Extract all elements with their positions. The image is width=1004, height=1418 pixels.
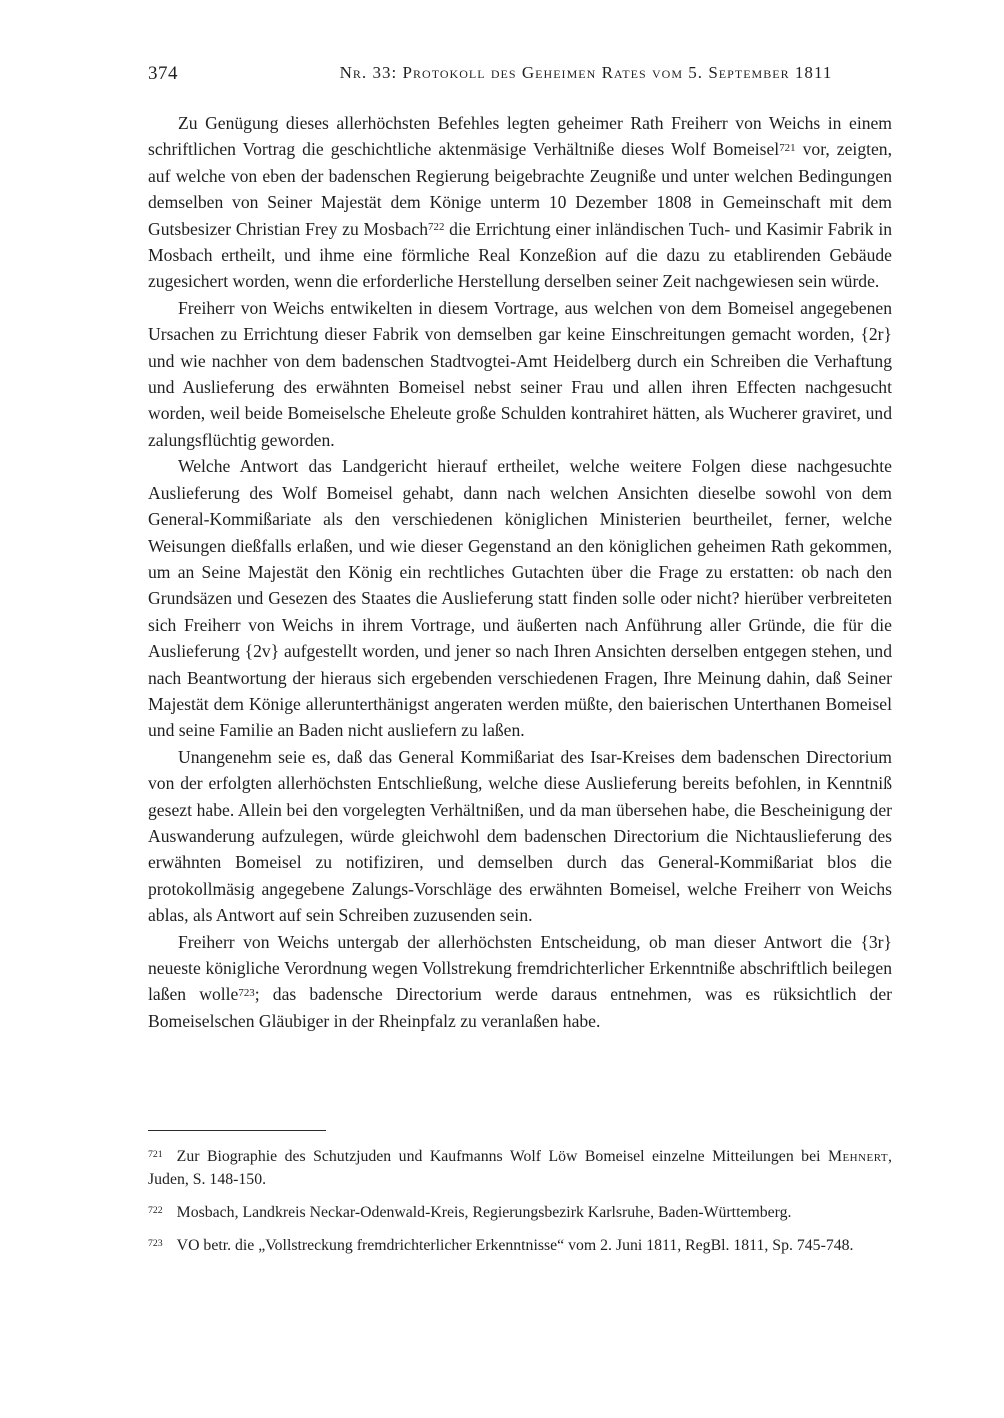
- footnote-ref: 722: [428, 221, 444, 233]
- page-number: 374: [148, 63, 178, 85]
- footnote-number: 722: [148, 1205, 163, 1216]
- footnote-item: 721Zur Biographie des Schutzjuden und Ka…: [148, 1145, 892, 1191]
- paragraph: Welche Antwort das Landgericht hierauf e…: [148, 453, 892, 743]
- paragraph: Freiherr von Weichs untergab der allerhö…: [148, 929, 892, 1035]
- footnote-section: 721Zur Biographie des Schutzjuden und Ka…: [148, 1130, 892, 1267]
- footnote-number: 721: [148, 1149, 163, 1160]
- footnote-ref: 721: [779, 142, 795, 154]
- footnote-ref: 723: [238, 987, 254, 999]
- footnote-separator: [148, 1130, 326, 1131]
- smallcaps-name: Mehnert: [828, 1148, 888, 1165]
- footnote-item: 723VO betr. die „Vollstreckung fremdrich…: [148, 1234, 892, 1257]
- paragraph: Zu Genügung dieses allerhöchsten Befehle…: [148, 110, 892, 295]
- footnote-number: 723: [148, 1238, 163, 1249]
- body-text: Zu Genügung dieses allerhöchsten Befehle…: [148, 110, 892, 1034]
- paragraph: Freiherr von Weichs entwikelten in diese…: [148, 295, 892, 453]
- book-page: 374 Nr. 33: Protokoll des Geheimen Rates…: [0, 0, 1004, 1418]
- footnote-list: 721Zur Biographie des Schutzjuden und Ka…: [148, 1145, 892, 1257]
- footnote-item: 722Mosbach, Landkreis Neckar-Odenwald-Kr…: [148, 1201, 892, 1224]
- page-header: 374 Nr. 33: Protokoll des Geheimen Rates…: [148, 63, 904, 89]
- running-title: Nr. 33: Protokoll des Geheimen Rates vom…: [148, 63, 904, 83]
- paragraph: Unangenehm seie es, daß das General Komm…: [148, 744, 892, 929]
